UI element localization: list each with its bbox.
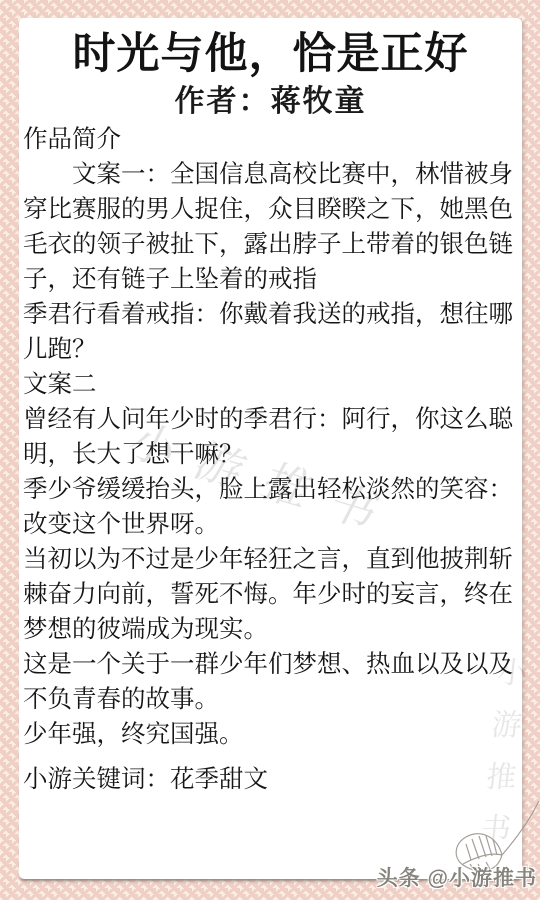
credit-badge: 头条 @小游推书: [377, 862, 537, 892]
synopsis-paragraph: 这是一个关于一群少年们梦想、热血以及以及不负青春的故事。: [23, 647, 518, 717]
synopsis-paragraph: 少年强，终究国强。: [23, 717, 518, 752]
post-background: 时光与他，恰是正好 作者：蒋牧童 作品简介 文案一：全国信息高校比赛中，林惜被身…: [0, 0, 540, 900]
synopsis-paragraph: 曾经有人问年少时的季君行：阿行，你这么聪明，长大了想干嘛？: [23, 402, 518, 472]
synopsis-paragraph: 季君行看着戒指：你戴着我送的戒指，想往哪儿跑？: [23, 297, 518, 367]
synopsis-paragraphs: 文案一：全国信息高校比赛中，林惜被身穿比赛服的男人捉住，众目睽睽之下，她黑色毛衣…: [23, 157, 518, 752]
keyword-line: 小游关键词：花季甜文: [23, 762, 518, 797]
synopsis-block: 作品简介 文案一：全国信息高校比赛中，林惜被身穿比赛服的男人捉住，众目睽睽之下，…: [23, 122, 518, 797]
book-title: 时光与他，恰是正好: [23, 26, 518, 82]
author-line: 作者：蒋牧童: [23, 82, 518, 122]
synopsis-paragraph: 当初以为不过是少年轻狂之言，直到他披荆斩棘奋力向前，誓死不悔。年少时的妄言，终在…: [23, 542, 518, 647]
synopsis-heading: 作品简介: [23, 122, 518, 157]
content-card: 时光与他，恰是正好 作者：蒋牧童 作品简介 文案一：全国信息高校比赛中，林惜被身…: [19, 18, 522, 879]
synopsis-paragraph: 文案一：全国信息高校比赛中，林惜被身穿比赛服的男人捉住，众目睽睽之下，她黑色毛衣…: [23, 157, 518, 297]
synopsis-paragraph: 文案二: [23, 367, 518, 402]
synopsis-paragraph: 季少爷缓缓抬头，脸上露出轻松淡然的笑容：改变这个世界呀。: [23, 472, 518, 542]
